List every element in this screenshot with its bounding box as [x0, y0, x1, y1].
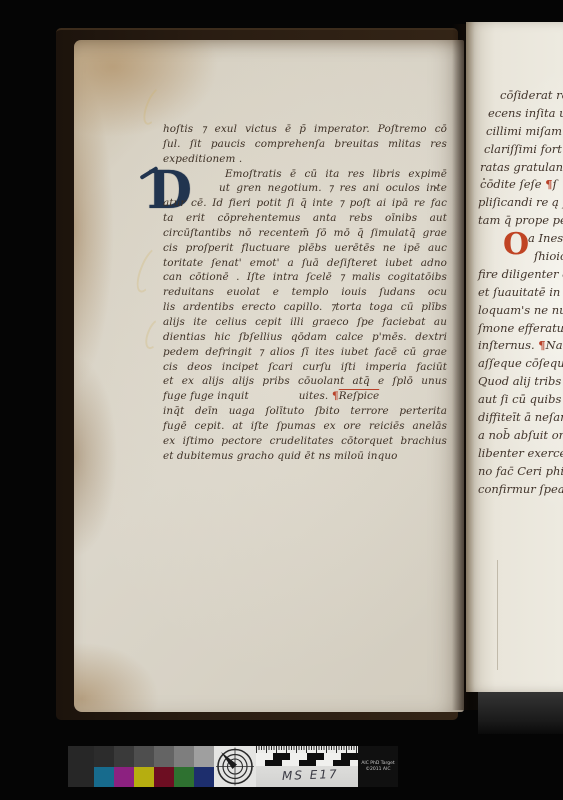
text-segment: circūſtantibs nō recentem̄ ſō mō q̄ ſimu… [163, 227, 447, 239]
focus-target-icon [214, 746, 256, 787]
text-segment: Quod alij tribs d [478, 374, 563, 388]
text-segment: toritate ſenat' emot' a ſuā deſiſteret i… [163, 257, 447, 269]
text-segment: fuge fuge inquit [163, 390, 249, 402]
text-segment: ta erit cōprehentemus anta rebs oīnibs a… [163, 212, 447, 224]
patch-column [154, 746, 174, 787]
patch-column [94, 746, 114, 787]
text-segment: tam q̄ prope pen [478, 213, 563, 227]
text-line: et ex alijs alijs pribs cōuolant atq̄ e … [163, 374, 447, 389]
text-segment: uites. [299, 390, 329, 402]
text-line: loquam's ne nuda [478, 302, 563, 320]
text-line: aſſeque cōſequam̄ [478, 355, 563, 373]
text-line: ſhioioſ [478, 248, 563, 266]
manuscript-photograph: D hoſtis ⁊ exul victus ē p̄ imperator. P… [0, 0, 563, 800]
text-line: dientias hic ſbſellius qōdam calce p'mēs… [163, 330, 447, 345]
text-line: fuge fuge inquituites. ¶Reſpice [163, 389, 447, 404]
parchment-crease [497, 560, 498, 670]
text-line: inq̄t deīn uaga ſolītuto ſbito terrore p… [163, 404, 447, 419]
text-segment: cis deos incipet ſcari curſu iſti imperi… [163, 361, 447, 373]
text-segment: cōſiderat re [500, 88, 563, 102]
focus-target-square [214, 746, 256, 787]
text-segment: cōdite ſeſe [480, 177, 545, 191]
calibration-ruler: MS E17 [256, 746, 358, 787]
text-line: et dubitemus gracho quid ēt ns miloū inq… [163, 449, 447, 464]
text-line: ſul. ſit paucis comprehenſa breuitas mli… [163, 137, 447, 152]
text-line: cis proſperit fluctuare plēbs uerētēs ne… [163, 241, 447, 256]
text-line: alijs ite celius cepit illi graeco ſpe f… [163, 315, 447, 330]
text-line: can cōtionē . Iſte intra ſcelē ⁊ malis c… [163, 270, 447, 285]
target-maker-patch: AIC PhD Target ©2011 AIC [358, 746, 398, 787]
text-line: et ſuauitatē in dī [478, 284, 563, 302]
text-segment: clariſſimi fort [484, 142, 562, 156]
text-segment: lis ardentibs erecto capillo. ⁊torta tog… [163, 301, 447, 313]
text-segment: expeditionem . [163, 153, 242, 165]
text-segment: aſſeque cōſequam̄ [478, 356, 563, 370]
text-segment: et dubitemus gracho quid ēt ns miloū inq… [163, 450, 397, 462]
text-line: ratas gratulant [478, 159, 563, 177]
text-line: a Ines [478, 230, 563, 248]
text-line: fugē cepit. at iſte ſpumas ex ore reiciē… [163, 419, 447, 434]
text-line: circūſtantibs nō recentem̄ ſō mō q̄ ſimu… [163, 226, 447, 241]
text-segment: libenter exercem [478, 446, 563, 460]
text-line: ta erit cōprehentemus anta rebs oīnibs a… [163, 211, 447, 226]
text-line: no fac̄ Ceri phie [478, 463, 563, 481]
text-line: lis ardentibs erecto capillo. ⁊torta tog… [163, 300, 447, 315]
text-line: expeditionem . [163, 152, 447, 167]
text-segment: can cōtionē . Iſte intra ſcelē ⁊ malis c… [163, 271, 447, 283]
text-line: Emoſtratis ē cū ita res libris expimē [163, 167, 447, 182]
text-segment: hoſtis ⁊ exul victus ē p̄ imperator. Poſ… [163, 123, 447, 135]
text-line: pedem defringit ⁊ alios ſī ites iubet fa… [163, 345, 447, 360]
text-line: ecens inſita u [478, 105, 563, 123]
text-line: diffiteīt ā neſam [478, 409, 563, 427]
text-segment: reduitans euolat e templo iouis ſudans o… [163, 286, 447, 298]
text-segment: ſmone efferatur [478, 321, 563, 335]
patch-column [174, 746, 194, 787]
color-patch [134, 767, 154, 788]
text-segment: inq̄t deīn uaga ſolītuto ſbito terrore p… [163, 405, 447, 417]
text-segment: inſternus. [478, 338, 538, 352]
text-segment: ſhioioſ [534, 249, 563, 263]
text-segment: et ſuauitatē in dī [478, 285, 563, 299]
patch-column [114, 746, 134, 787]
color-patch [114, 767, 134, 788]
text-line: cōdite ſeſe ¶ſ [478, 176, 563, 194]
text-segment: ratas gratulant [480, 160, 563, 174]
patch-column [134, 746, 154, 787]
text-segment: et ex alijs alijs pribs cōuolant atq̄ e … [163, 375, 447, 387]
gray-patch [174, 746, 194, 767]
gray-patch [94, 746, 114, 767]
color-patch [194, 767, 214, 788]
shelfmark-strip: MS E17 [256, 766, 358, 787]
text-line: Quod alij tribs d [478, 373, 563, 391]
text-line: atur cē. Id fieri potit ſi q̄ inte ⁊ poſ… [163, 196, 447, 211]
text-segment: pliſicandi re ą ſ [478, 195, 563, 209]
text-segment: Na [546, 338, 563, 352]
text-line: ut gren negotium. ⁊ res ani oculos inte [163, 181, 447, 196]
text-segment: atur cē. Id fieri potit ſi q̄ inte ⁊ poſ… [163, 197, 447, 209]
text-line: tam q̄ prope pen [478, 212, 563, 230]
ruler-tick-marks [256, 746, 358, 753]
text-segment: ut gren negotium. ⁊ res ani oculos inte [219, 182, 447, 194]
color-patch [154, 767, 174, 788]
text-line: cis deos incipet ſcari curſu iſti imperi… [163, 360, 447, 375]
text-segment: dientias hic ſbſellius qōdam calce p'mēs… [163, 331, 447, 343]
text-line: fire diligenter ex [478, 266, 563, 284]
text-segment: pedem defringit ⁊ alios ſī ites iubet fa… [163, 346, 447, 358]
text-segment: aut ſi cū quibs lib [478, 392, 563, 406]
text-line: a nob̄ abſuit omēs [478, 427, 563, 445]
gray-patch [194, 746, 214, 767]
rubric-mark: Reſpice [339, 390, 379, 402]
book-edge-bottom [478, 692, 563, 734]
rubric-mark: ¶ [545, 177, 552, 191]
gray-patch [114, 746, 134, 767]
text-segment: fire diligenter ex [478, 267, 563, 281]
color-patch [94, 767, 114, 788]
patch-column [194, 746, 214, 787]
text-line: clariſſimi fort [478, 141, 563, 159]
text-segment: ecens inſita u [488, 106, 563, 120]
calibration-target-bar: MS E17 AIC PhD Target ©2011 AIC [68, 746, 398, 787]
text-segment: no fac̄ Ceri phie [478, 464, 563, 478]
text-segment: a nob̄ abſuit omēs [478, 428, 563, 442]
rubric-mark: ¶ [328, 390, 338, 402]
text-segment: cillimi miſam [486, 124, 562, 138]
text-line: cillimi miſam [478, 123, 563, 141]
text-line: reduitans euolat e templo iouis ſudans o… [163, 285, 447, 300]
text-segment: Emoſtratis ē cū ita res libris expimē [225, 168, 447, 180]
text-segment: loquam's ne nuda [478, 303, 563, 317]
text-line: ſmone efferatur [478, 320, 563, 338]
target-maker-line2: ©2011 AIC [358, 767, 398, 773]
shelfmark-label: MS E17 [282, 767, 339, 783]
gray-patch [154, 746, 174, 767]
text-line: aut ſi cū quibs lib [478, 391, 563, 409]
text-segment: ſ [553, 177, 557, 191]
text-segment: cis proſperit fluctuare plēbs uerētēs ne… [163, 242, 447, 254]
text-segment: confirmur ſpeaq̄ [478, 482, 563, 496]
text-line: inſternus. ¶Na [478, 337, 563, 355]
text-segment: diffiteīt ā neſam [478, 410, 563, 424]
right-page-text-column: cōſiderat reecens inſita ucillimi miſamc… [478, 87, 563, 498]
rubric-mark: ¶ [538, 338, 545, 352]
text-line: toritate ſenat' emot' a ſuā deſiſteret i… [163, 256, 447, 271]
text-line: pliſicandi re ą ſ [478, 194, 563, 212]
text-line: hoſtis ⁊ exul victus ē p̄ imperator. Poſ… [163, 122, 447, 137]
checker-band [256, 753, 358, 766]
color-patch [174, 767, 194, 788]
calibration-lead-patch [68, 746, 94, 787]
calibration-color-grid [94, 746, 214, 787]
text-segment: alijs ite celius cepit illi graeco ſpe f… [163, 316, 447, 328]
gray-patch [134, 746, 154, 767]
text-line: libenter exercem [478, 445, 563, 463]
text-segment: ex iſtimo pectore crudelitates cōtorquet… [163, 435, 447, 447]
left-page-text-block: hoſtis ⁊ exul victus ē p̄ imperator. Poſ… [163, 122, 447, 463]
text-line: ex iſtimo pectore crudelitates cōtorquet… [163, 434, 447, 449]
text-segment: a Ines [528, 231, 563, 245]
text-line: confirmur ſpeaq̄ [478, 481, 563, 499]
text-segment: ſul. ſit paucis comprehenſa breuitas mli… [163, 138, 447, 150]
text-segment: fugē cepit. at iſte ſpumas ex ore reiciē… [163, 420, 447, 432]
text-line: cōſiderat re [478, 87, 563, 105]
